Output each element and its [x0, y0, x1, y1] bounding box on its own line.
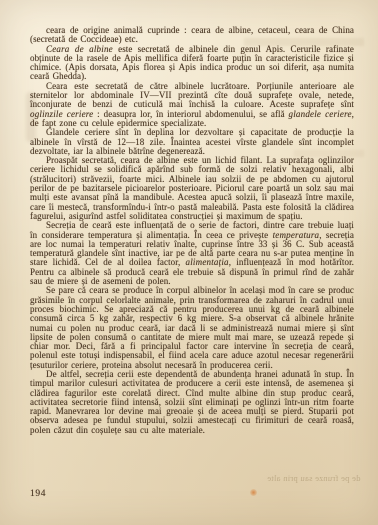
text-run: Ceara este secretată de către albinele l… — [30, 81, 354, 110]
ink-stain — [250, 489, 257, 496]
paragraph: Ceara de albine este secretată de albine… — [30, 45, 354, 82]
body-text: ceara de origine animală cuprinde : cear… — [30, 26, 354, 435]
text-run: ceara de origine animală cuprinde : cear… — [30, 25, 354, 44]
text-run: Proaspăt secretată, ceara de albine este… — [30, 155, 354, 221]
paragraph: Ceara este secretată de către albinele l… — [30, 82, 354, 128]
paragraph: Se pare că ceara se produce în corpul al… — [30, 286, 354, 370]
book-page: ceara de origine animală cuprinde : cear… — [0, 0, 378, 525]
paragraph: De altfel, secreția cerii este dependent… — [30, 370, 354, 435]
paragraph: Glandele ceriere sînt în deplina lor dez… — [30, 128, 354, 156]
text-run: De altfel, secreția cerii este dependent… — [30, 369, 354, 435]
text-run: Glandele ceriere sînt în deplina lor dez… — [30, 127, 354, 156]
paragraph: Secreția de ceară este influențată de o … — [30, 221, 354, 286]
paragraph: ceara de origine animală cuprinde : cear… — [30, 26, 354, 45]
page-number: 194 — [30, 489, 46, 499]
italic-run: glandele ceriere — [289, 109, 352, 119]
paragraph: Proaspăt secretată, ceara de albine este… — [30, 156, 354, 221]
text-run: Se pare că ceara se produce în corpul al… — [30, 285, 354, 369]
bleed-through-text: de pe frunze sau prin alte — [267, 473, 360, 483]
